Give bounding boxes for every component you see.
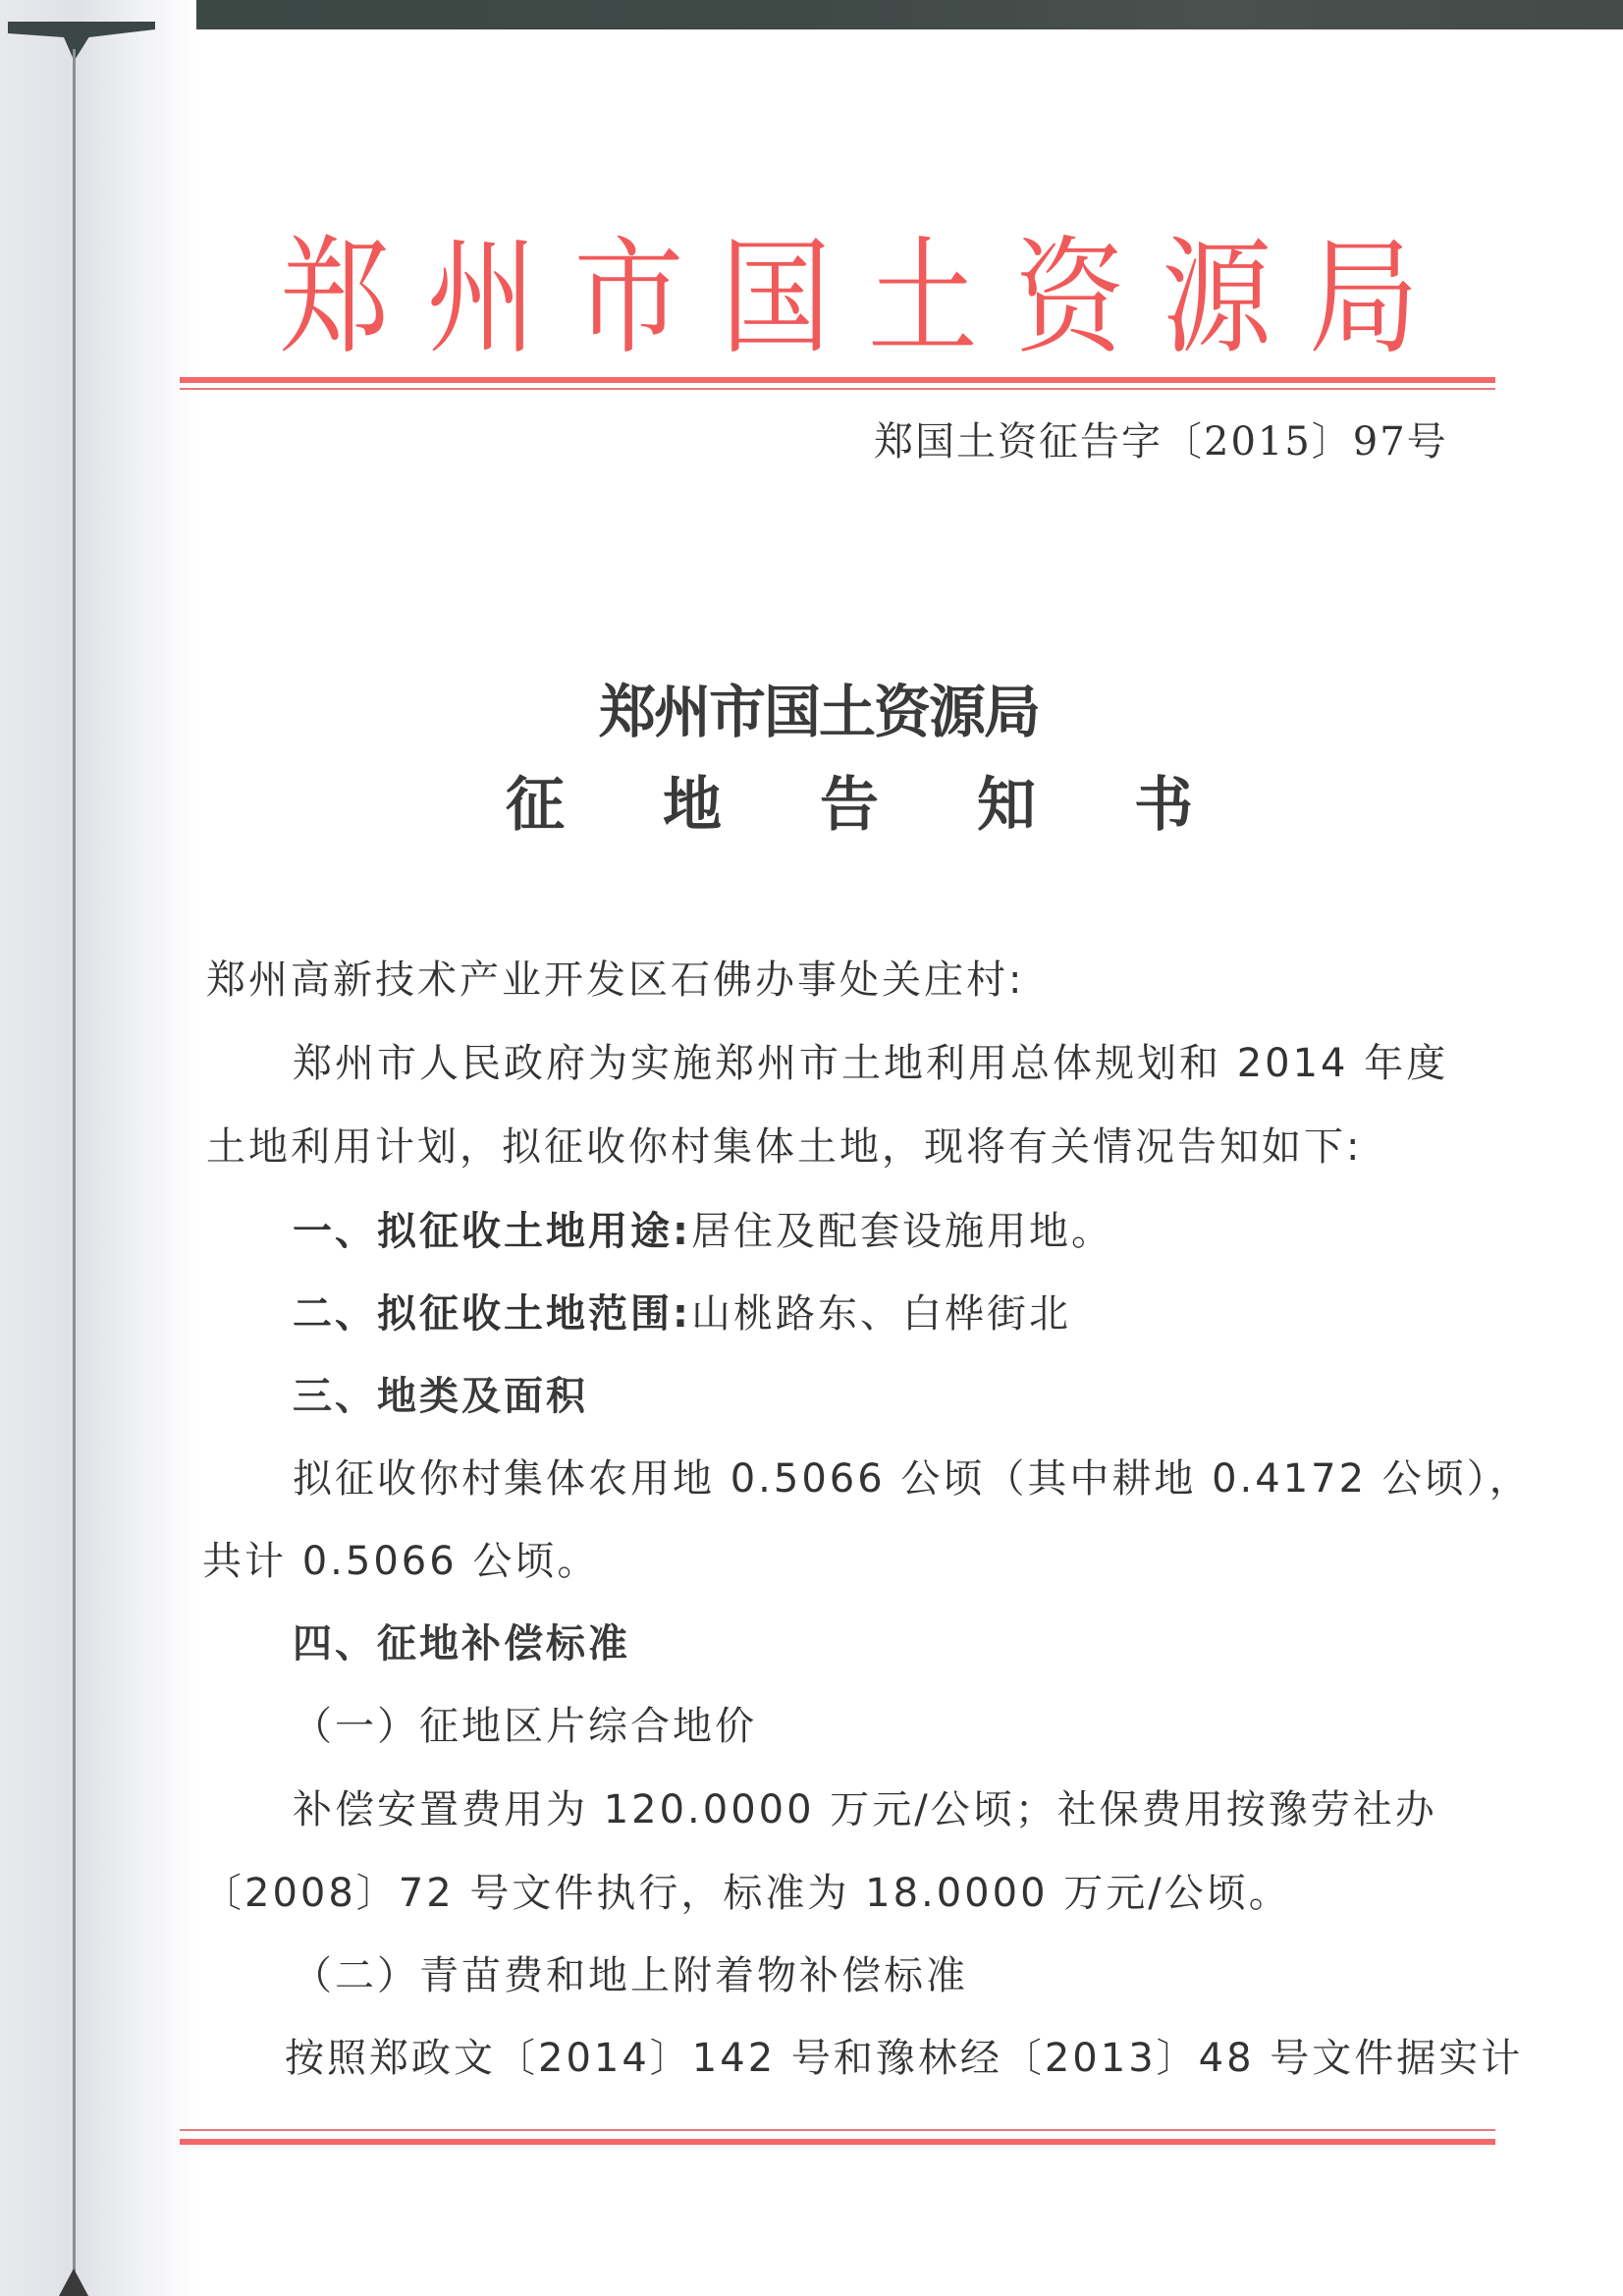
section-2-text: 山桃路东、白桦街北 <box>691 1291 1071 1337</box>
subsection-1-heading: （一）征地区片综合地价 <box>293 1701 757 1752</box>
section-1-heading: 一、拟征收土地用途: <box>293 1209 691 1254</box>
title-char: 征 <box>506 771 565 840</box>
title-char: 知 <box>977 771 1036 840</box>
title-char: 地 <box>663 771 722 840</box>
letterhead-rule-thin <box>180 388 1495 390</box>
subsection-1-line: 〔2008〕72 号文件执行，标准为 18.0000 万元/公顷。 <box>202 1868 1291 1919</box>
letterhead-rule-thick <box>180 377 1495 383</box>
title-char: 告 <box>820 771 879 840</box>
letterhead-char: 郑 <box>280 231 390 366</box>
notice-title-type: 征 地 告 知 书 <box>506 771 1193 840</box>
section-2: 二、拟征收土地范围:山桃路东、白桦街北 <box>293 1288 1071 1339</box>
section-3-line: 共计 0.5066 公顷。 <box>202 1536 599 1587</box>
section-1: 一、拟征收土地用途:居住及配套设施用地。 <box>293 1206 1113 1257</box>
letterhead-char: 源 <box>1162 231 1271 366</box>
letterhead-char: 资 <box>1015 231 1125 366</box>
addressee: 郑州高新技术产业开发区石佛办事处关庄村: <box>206 955 1024 1006</box>
section-3-heading: 三、地类及面积 <box>293 1371 588 1422</box>
intro-paragraph-line: 郑州市人民政府为实施郑州市土地利用总体规划和 2014 年度 <box>293 1038 1448 1089</box>
footer-rule-thick <box>180 2139 1495 2145</box>
section-3-line: 拟征收你村集体农用地 0.5066 公顷（其中耕地 0.4172 公顷）， <box>293 1453 1532 1504</box>
title-char: 书 <box>1134 771 1193 840</box>
footer-rule-thin <box>180 2129 1495 2131</box>
letterhead-char: 国 <box>721 231 831 366</box>
section-4-heading: 四、征地补偿标准 <box>293 1618 630 1669</box>
letterhead-char: 州 <box>427 231 537 366</box>
letterhead-char: 市 <box>573 231 683 366</box>
subsection-2-line: 按照郑政文〔2014〕142 号和豫林经〔2013〕48 号文件据实计 <box>285 2033 1523 2084</box>
document-page: 郑 州 市 国 土 资 源 局 郑国土资征告字〔2015〕97号 郑州市国土资源… <box>0 0 1623 2296</box>
letterhead-char: 局 <box>1309 231 1419 366</box>
notice-title-organization: 郑州市国土资源局 <box>0 678 1623 746</box>
document-number: 郑国土资征告字〔2015〕97号 <box>874 417 1448 466</box>
subsection-1-line: 补偿安置费用为 120.0000 万元/公顷；社保费用按豫劳社办 <box>293 1784 1437 1835</box>
intro-paragraph-line: 土地利用计划，拟征收你村集体土地，现将有关情况告知如下: <box>206 1121 1362 1173</box>
letterhead-title: 郑 州 市 国 土 资 源 局 <box>280 231 1419 366</box>
letterhead-char: 土 <box>868 231 978 366</box>
subsection-2-heading: （二）青苗费和地上附着物补偿标准 <box>293 1950 968 2001</box>
section-1-text: 居住及配套设施用地。 <box>691 1209 1113 1254</box>
section-2-heading: 二、拟征收土地范围: <box>293 1291 691 1337</box>
